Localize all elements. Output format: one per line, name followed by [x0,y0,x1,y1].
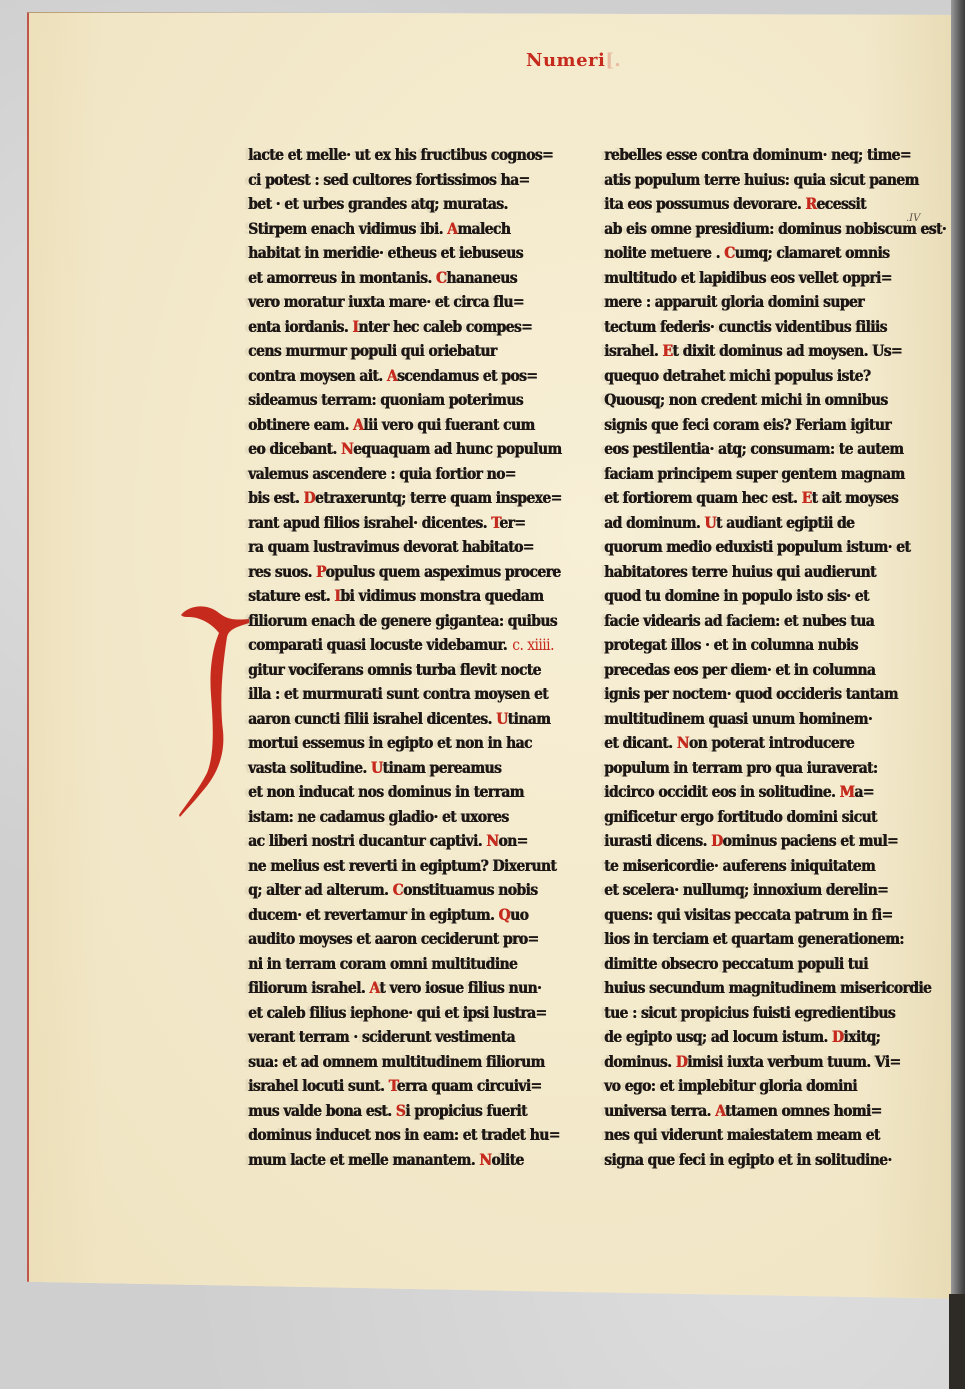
left-column-line: bet · et urbes grandes atq; muratas. [248,192,518,217]
left-column-line: cens murmur populi qui oriebatur [248,339,518,364]
rubricated-capital: A [353,416,363,434]
line-text: gnificetur ergo fortitudo domini sicut [604,808,877,826]
right-column-line: eos pestilentia· atq; consumam: te autem [604,437,874,462]
left-column-line: ac liberi nostri ducantur captivi. Non= [248,829,518,854]
running-head: Numeri[. [526,50,621,71]
left-column-line: et non inducat nos dominus in terram [248,780,518,805]
right-column-line: ad dominum. Ut audiant egiptii de [604,511,874,536]
right-column-line: universa terra. Attamen omnes homi= [604,1099,874,1124]
right-column-line: et dicant. Non poterat introducere [604,731,874,756]
left-column-line: contra moysen ait. Ascendamus et pos= [248,364,518,389]
line-text: Quousq; non credent michi in omnibus [604,391,887,409]
rubricated-capital: N [677,734,689,752]
line-text: et scelera· nullumq; innoxium derelin= [604,881,888,899]
rubricated-capital: E [801,489,811,507]
line-text: contra moysen ait. Ascendamus et pos= [248,367,537,385]
left-column-line: ne melius est reverti in egiptum? Dixeru… [248,854,518,879]
right-column-line: signa que feci in egipto et in solitudin… [604,1148,874,1173]
left-column-line: gitur vociferans omnis turba flevit noct… [248,658,518,683]
left-column-line: mortui essemus in egipto et non in hac [248,731,518,756]
right-column-line: quens: qui visitas peccata patrum in fi= [604,903,874,928]
running-head-title: Numeri [526,50,605,71]
left-column-line: eo dicebant. Nequaquam ad hunc populum [248,437,518,462]
line-text: filiorum enach de genere gigantea: quibu… [248,612,557,630]
line-text: signis que feci coram eis? Feriam igitur [604,416,891,434]
left-column-line: q; alter ad alterum. Constituamus nobis [248,878,518,903]
line-text: ignis per noctem· quod occideris tantam [604,685,898,703]
line-text: quequo detrahet michi populus iste? [604,367,870,385]
line-text: quorum medio eduxisti populum istum· et [604,538,910,556]
left-column-line: obtinere eam. Alii vero qui fuerant cum [248,413,518,438]
line-text: israhel. Et dixit dominus ad moysen. Us= [604,342,902,360]
line-text: nolite metuere . Cumq; clamaret omnis [604,244,889,262]
rubricated-capital: A [715,1102,725,1120]
right-column-line: ab eis omne presidium: dominus nobiscum … [604,217,874,242]
left-column-line: sideamus terram: quoniam poterimus [248,388,518,413]
line-text: filiorum israhel. At vero iosue filius n… [248,979,541,997]
rubricated-capital: A [369,979,379,997]
left-column-line: Stirpem enach vidimus ibi. Amalech [248,217,518,242]
line-text: quens: qui visitas peccata patrum in fi= [604,906,892,924]
right-column-line: tue : sicut propicius fuisti egredientib… [604,1001,874,1026]
rubricated-capital: I [334,587,340,605]
rubricated-capital: C [724,244,734,262]
line-text: ducem· et revertamur in egiptum. Quo [248,906,528,924]
right-column-line: signis que feci coram eis? Feriam igitur [604,413,874,438]
line-text: et amorreus in montanis. Chananeus [248,269,517,287]
right-column-line: et scelera· nullumq; innoxium derelin= [604,878,874,903]
line-text: ac liberi nostri ducantur captivi. Non= [248,832,528,850]
right-column-line: huius secundum magnitudinem misericordie [604,976,874,1001]
line-text: vasta solitudine. Utinam pereamus [248,759,501,777]
right-column-line: rebelles esse contra dominum· neq; time= [604,143,874,168]
left-column-line: ra quam lustravimus devorat habitato= [248,535,518,560]
rubricated-capital: T [388,1077,396,1095]
left-column-line: mus valde bona est. Si propicius fuerit [248,1099,518,1124]
line-text: mum lacte et melle manantem. Nolite [248,1151,524,1169]
line-text: illa : et murmurati sunt contra moysen e… [248,685,548,703]
line-text: verant terram · sciderunt vestimenta [248,1028,515,1046]
right-column-line: multitudo et lapidibus eos vellet oppri= [604,266,874,291]
line-text: enta iordanis. Inter hec caleb compes= [248,318,532,336]
rubricated-capital: U [371,759,383,777]
right-column-line: nes qui viderunt maiestatem meam et [604,1123,874,1148]
right-column-line: Quousq; non credent michi in omnibus [604,388,874,413]
rubricated-capital: A [387,367,397,385]
left-column-line: israhel locuti sunt. Terra quam circuivi… [248,1074,518,1099]
line-text: nes qui viderunt maiestatem meam et [604,1126,880,1144]
line-text: audito moyses et aaron ceciderunt pro= [248,930,538,948]
line-text: ci potest : sed cultores fortissimos ha= [248,171,529,189]
running-head-faded: [. [605,50,621,71]
left-column-line: filiorum enach de genere gigantea: quibu… [248,609,518,634]
right-column-line: dimitte obsecro peccatum populi tui [604,952,874,977]
line-text: universa terra. Attamen omnes homi= [604,1102,882,1120]
right-column-line: gnificetur ergo fortitudo domini sicut [604,805,874,830]
right-column-line: nolite metuere . Cumq; clamaret omnis [604,241,874,266]
rubricated-capital: U [704,514,716,532]
left-column-line: verant terram · sciderunt vestimenta [248,1025,518,1050]
left-column-line: comparati quasi locuste videbamur.c. xii… [248,633,518,658]
book-binding-corner [949,1294,965,1389]
line-text: et fortiorem quam hec est. Et ait moyses [604,489,898,507]
line-text: dimitte obsecro peccatum populi tui [604,955,868,973]
right-column-line: lios in terciam et quartam generationem: [604,927,874,952]
book-binding-edge [951,0,965,1389]
line-text: precedas eos per diem· et in columna [604,661,875,679]
rubricated-capital: R [805,195,816,213]
rubricated-capital: M [839,783,854,801]
line-text: multitudinem quasi unum hominem· [604,710,872,728]
line-text: res suos. Populus quem aspeximus procere [248,563,560,581]
rubricated-capital: P [316,563,326,581]
line-text: dominus inducet nos in eam: et tradet hu… [248,1126,560,1144]
right-column-line: de egipto usq; ad locum istum. Dixitq; [604,1025,874,1050]
line-text: et caleb filius iephone· qui et ipsi lus… [248,1004,546,1022]
line-text: valemus ascendere : quia fortior no= [248,465,516,483]
right-column-line: atis populum terre huius: quia sicut pan… [604,168,874,193]
right-column-line: ignis per noctem· quod occideris tantam [604,682,874,707]
left-column-line: res suos. Populus quem aspeximus procere [248,560,518,585]
line-text: ne melius est reverti in egiptum? Dixeru… [248,857,556,875]
right-column-line: dominus. Dimisi iuxta verbum tuum. Vi= [604,1050,874,1075]
line-text: signa que feci in egipto et in solitudin… [604,1151,892,1169]
rubricated-capital: I [352,318,358,336]
left-column-line: audito moyses et aaron ceciderunt pro= [248,927,518,952]
line-text: lios in terciam et quartam generationem: [604,930,904,948]
left-column-line: vero moratur iuxta mare· et circa flu= [248,290,518,315]
line-text: stature est. Ibi vidimus monstra quedam [248,587,543,605]
line-text: vo ego: et implebitur gloria domini [604,1077,857,1095]
line-text: iurasti dicens. Dominus paciens et mul= [604,832,898,850]
line-text: cens murmur populi qui oriebatur [248,342,496,360]
line-text: te misericordie· auferens iniquitatem [604,857,875,875]
line-text: mere : apparuit gloria domini super [604,293,864,311]
line-text: habitatores terre huius qui audierunt [604,563,876,581]
line-text: tectum federis· cunctis videntibus filii… [604,318,887,336]
left-column-line: ni in terram coram omni multitudine [248,952,518,977]
rubricated-capital: D [303,489,314,507]
line-text: quod tu domine in populo isto sis· et [604,587,869,605]
rubricated-capital: D [832,1028,843,1046]
line-text: obtinere eam. Alii vero qui fuerant cum [248,416,534,434]
line-text: protegat illos · et in columna nubis [604,636,858,654]
rubricated-capital: D [711,832,722,850]
right-column-line: iurasti dicens. Dominus paciens et mul= [604,829,874,854]
right-column-line: faciam principem super gentem magnam [604,462,874,487]
left-column-line: et caleb filius iephone· qui et ipsi lus… [248,1001,518,1026]
line-text: mus valde bona est. Si propicius fuerit [248,1102,527,1120]
line-text: sideamus terram: quoniam poterimus [248,391,523,409]
line-text: ita eos possumus devorare. Recessit [604,195,866,213]
line-text: ab eis omne presidium: dominus nobiscum … [604,220,946,238]
left-column-line: bis est. Detraxeruntq; terre quam inspex… [248,486,518,511]
rubricated-capital: Q [498,906,510,924]
left-column-line: ducem· et revertamur in egiptum. Quo [248,903,518,928]
chapter-marker: c. xiiii. [512,636,554,654]
rubricated-capital: S [396,1102,405,1120]
right-column-line: idcirco occidit eos in solitudine. Ma= [604,780,874,805]
line-text: facie videaris ad faciem: et nubes tua [604,612,874,630]
line-text: mortui essemus in egipto et non in hac [248,734,532,752]
rubricated-capital: U [496,710,508,728]
line-text: atis populum terre huius: quia sicut pan… [604,171,919,189]
left-column-line: sua: et ad omnem multitudinem filiorum [248,1050,518,1075]
right-column-line: tectum federis· cunctis videntibus filii… [604,315,874,340]
rubricated-capital: A [447,220,457,238]
line-text: istam: ne cadamus gladio· et uxores [248,808,509,826]
rubricated-capital: E [662,342,672,360]
line-text: ra quam lustravimus devorat habitato= [248,538,534,556]
right-column-line: quod tu domine in populo isto sis· et [604,584,874,609]
right-column-line: te misericordie· auferens iniquitatem [604,854,874,879]
rubricated-capital: N [486,832,498,850]
line-text: rant apud filios israhel· dicentes. Ter= [248,514,525,532]
line-text: de egipto usq; ad locum istum. Dixitq; [604,1028,880,1046]
right-column-line: populum in terram pro qua iuraverat: [604,756,874,781]
right-column-line: ita eos possumus devorare. Recessit [604,192,874,217]
left-column-line: istam: ne cadamus gladio· et uxores [248,805,518,830]
line-text: et dicant. Non poterat introducere [604,734,854,752]
line-text: vero moratur iuxta mare· et circa flu= [248,293,524,311]
right-column-line: israhel. Et dixit dominus ad moysen. Us= [604,339,874,364]
left-column-line: filiorum israhel. At vero iosue filius n… [248,976,518,1001]
left-column-line: enta iordanis. Inter hec caleb compes= [248,315,518,340]
left-column-line: rant apud filios israhel· dicentes. Ter= [248,511,518,536]
right-column-line: multitudinem quasi unum hominem· [604,707,874,732]
line-text: ni in terram coram omni multitudine [248,955,517,973]
rubricated-capital: C [392,881,402,899]
manuscript-page: Numeri[. .IV lacte et melle· ut ex his f… [27,12,957,1309]
right-column-line: facie videaris ad faciem: et nubes tua [604,609,874,634]
rubricated-capital: C [436,269,446,287]
left-column-line: aaron cuncti filii israhel dicentes. Uti… [248,707,518,732]
right-column-line: vo ego: et implebitur gloria domini [604,1074,874,1099]
right-column-line: precedas eos per diem· et in columna [604,658,874,683]
line-text: multitudo et lapidibus eos vellet oppri= [604,269,892,287]
line-text: habitat in meridie· etheus et iebuseus [248,244,523,262]
line-text: eo dicebant. Nequaquam ad hunc populum [248,440,561,458]
left-column-line: vasta solitudine. Utinam pereamus [248,756,518,781]
line-text: Stirpem enach vidimus ibi. Amalech [248,220,510,238]
line-text: gitur vociferans omnis turba flevit noct… [248,661,541,679]
decorated-initial-i-icon [179,603,249,818]
left-column-line: dominus inducet nos in eam: et tradet hu… [248,1123,518,1148]
right-column-line: quorum medio eduxisti populum istum· et [604,535,874,560]
rubricated-capital: T [491,514,499,532]
line-text: lacte et melle· ut ex his fructibus cogn… [248,146,553,164]
line-text: huius secundum magnitudinem misericordie [604,979,931,997]
left-column-line: habitat in meridie· etheus et iebuseus [248,241,518,266]
right-text-column: rebelles esse contra dominum· neq; time=… [604,143,904,1172]
right-column-line: quequo detrahet michi populus iste? [604,364,874,389]
line-text: eos pestilentia· atq; consumam: te autem [604,440,903,458]
left-column-line: lacte et melle· ut ex his fructibus cogn… [248,143,518,168]
line-text: idcirco occidit eos in solitudine. Ma= [604,783,874,801]
left-column-line: et amorreus in montanis. Chananeus [248,266,518,291]
line-text: dominus. Dimisi iuxta verbum tuum. Vi= [604,1053,900,1071]
left-text-column: lacte et melle· ut ex his fructibus cogn… [248,143,548,1172]
rubricated-capital: N [341,440,353,458]
left-column-line: valemus ascendere : quia fortior no= [248,462,518,487]
right-column-line: et fortiorem quam hec est. Et ait moyses [604,486,874,511]
line-text: tue : sicut propicius fuisti egredientib… [604,1004,895,1022]
line-text: bis est. Detraxeruntq; terre quam inspex… [248,489,562,507]
line-text: aaron cuncti filii israhel dicentes. Uti… [248,710,550,728]
line-text: rebelles esse contra dominum· neq; time= [604,146,911,164]
left-column-line: ci potest : sed cultores fortissimos ha= [248,168,518,193]
line-text: ad dominum. Ut audiant egiptii de [604,514,854,532]
line-text: israhel locuti sunt. Terra quam circuivi… [248,1077,541,1095]
line-text: faciam principem super gentem magnam [604,465,904,483]
right-column-line: habitatores terre huius qui audierunt [604,560,874,585]
right-column-line: protegat illos · et in columna nubis [604,633,874,658]
line-text: bet · et urbes grandes atq; muratas. [248,195,508,213]
line-text: sua: et ad omnem multitudinem filiorum [248,1053,544,1071]
left-column-line: mum lacte et melle manantem. Nolite [248,1148,518,1173]
line-text: q; alter ad alterum. Constituamus nobis [248,881,537,899]
rubricated-capital: N [479,1151,491,1169]
line-text: comparati quasi locuste videbamur. [248,636,507,654]
line-text: et non inducat nos dominus in terram [248,783,524,801]
left-column-line: stature est. Ibi vidimus monstra quedam [248,584,518,609]
line-text: populum in terram pro qua iuraverat: [604,759,877,777]
rubricated-capital: D [676,1053,687,1071]
right-column-line: mere : apparuit gloria domini super [604,290,874,315]
left-column-line: illa : et murmurati sunt contra moysen e… [248,682,518,707]
